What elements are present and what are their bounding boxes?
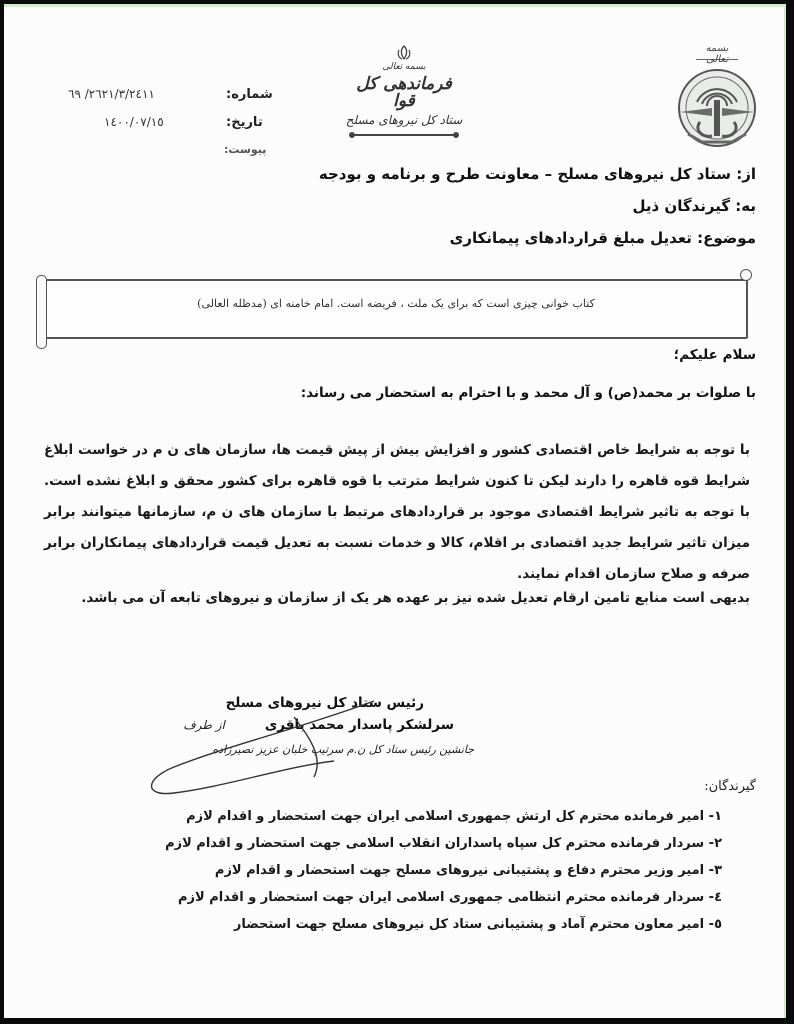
banner-quote: کتاب خوانی چیزی است که برای یک ملت ، فری… [46,297,746,310]
logo-underline [352,134,456,136]
date-label: تاریخ: [226,115,263,130]
logo-line-3: ستاد کل نیروهای مسلح [344,114,464,126]
number-label: شماره: [226,87,273,102]
recipient-item: ٥- امیر معاون محترم آماد و پشتیبانی ستاد… [165,911,722,938]
scroll-roll-left [36,275,47,349]
armed-forces-seal-icon [672,62,762,154]
scroll-roll-right [740,269,752,281]
signature-scribble-icon [134,697,394,807]
body-paragraph-2: بدیهی است منابع تامین ارقام تعدیل شده نی… [44,588,750,608]
logo-line-1: بسمه تعالی [344,63,464,72]
quote-banner: کتاب خوانی چیزی است که برای یک ملت ، فری… [44,279,748,339]
intro-line: با صلوات بر محمد(ص) و آل محمد و با احترا… [301,385,756,401]
recipient-item: ٤- سردار فرمانده محترم انتظامی جمهوری اس… [165,884,722,911]
recipient-item: ٣- امیر وزیر محترم دفاع و پشتیبانی نیروه… [165,857,722,884]
emblem-caption: بسمه تعالی [696,43,738,60]
recipients-list: ١- امیر فرمانده محترم کل ارتش جمهوری اسل… [165,803,722,938]
from-field: از: ستاد کل نیروهای مسلح – معاونت طرح و … [319,165,756,183]
armed-forces-emblem: بسمه تعالی [672,43,762,153]
subject-field: موضوع: تعدیل مبلغ قراردادهای پیمانکاری [450,229,756,247]
letter-body: با توجه به شرایط خاص اقتصادی کشور و افزا… [44,435,750,608]
recipient-item: ١- امیر فرمانده محترم کل ارتش جمهوری اسل… [165,803,722,830]
recipient-item: ٢- سردار فرمانده محترم کل سپاه پاسداران … [165,830,722,857]
date-value: ١٤٠٠/٠٧/١٥ [104,115,164,129]
logo-line-2: فرماندهی کل قوا [344,76,464,110]
salutation: سلام علیکم؛ [674,347,756,363]
to-field: به: گیرندگان ذیل [632,197,756,215]
iran-emblem-icon [395,45,413,61]
supreme-command-logo: بسمه تعالی فرماندهی کل قوا ستاد کل نیروه… [344,45,464,157]
recipients-title: گیرندگان: [704,779,756,794]
letter-page: شماره: ٢٦٢١/٣/٢٤١١/ ٦٩ تاریخ: ١٤٠٠/٠٧/١٥… [4,4,786,1018]
number-value: ٢٦٢١/٣/٢٤١١/ ٦٩ [68,87,155,101]
attachment-label: پیوست: [224,143,266,156]
body-paragraph-1: با توجه به شرایط خاص اقتصادی کشور و افزا… [44,435,750,590]
